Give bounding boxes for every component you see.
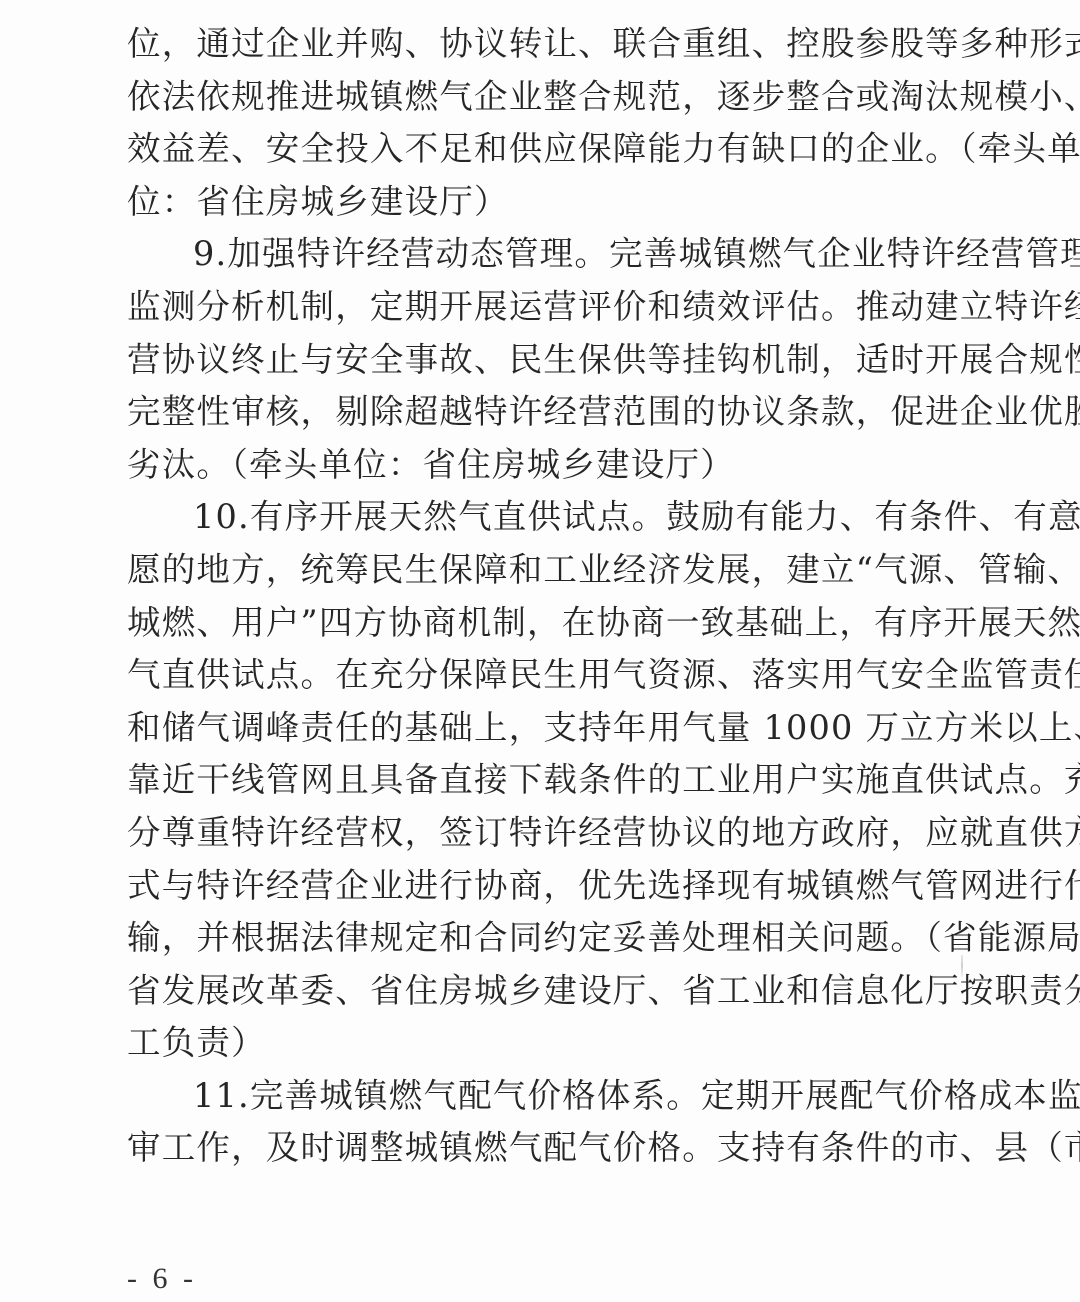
text-line: 愿的地方，统筹民生保障和工业经济发展，建立“气源、管输、 <box>127 544 963 597</box>
text-line: 式与特许经营企业进行协商，优先选择现有城镇燃气管网进行代 <box>127 860 963 913</box>
text-line: 城燃、用户”四方协商机制，在协商一致基础上，有序开展天然 <box>127 597 963 650</box>
document-body: 位，通过企业并购、协议转让、联合重组、控股参股等多种形式， 依法依规推进城镇燃气… <box>127 18 963 1175</box>
item-10-heading-line: 10.有序开展天然气直供试点。鼓励有能力、有条件、有意 <box>127 491 963 544</box>
item-9-heading-line: 9.加强特许经营动态管理。完善城镇燃气企业特许经营管理 <box>127 228 963 281</box>
item-11-heading-line: 11.完善城镇燃气配气价格体系。定期开展配气价格成本监 <box>127 1070 963 1123</box>
text-line: 效益差、安全投入不足和供应保障能力有缺口的企业。（牵头单 <box>127 123 963 176</box>
text-line: 营协议终止与安全事故、民生保供等挂钩机制，适时开展合规性、 <box>127 334 963 387</box>
text-line: 位：省住房城乡建设厅） <box>127 176 963 229</box>
text-line: 气直供试点。在充分保障民生用气资源、落实用气安全监管责任 <box>127 649 963 702</box>
page-number: - 6 - <box>127 1262 197 1296</box>
text-line: 靠近干线管网且具备直接下载条件的工业用户实施直供试点。充 <box>127 754 963 807</box>
text-line: 分尊重特许经营权，签订特许经营协议的地方政府，应就直供方 <box>127 807 963 860</box>
text-line: 工负责） <box>127 1017 963 1070</box>
document-page: 位，通过企业并购、协议转让、联合重组、控股参股等多种形式， 依法依规推进城镇燃气… <box>0 0 1080 1302</box>
text-line: 依法依规推进城镇燃气企业整合规范，逐步整合或淘汰规模小、 <box>127 71 963 124</box>
text-line: 输，并根据法律规定和合同约定妥善处理相关问题。（省能源局、 <box>127 912 963 965</box>
text-line: 劣汰。（牵头单位：省住房城乡建设厅） <box>127 439 963 492</box>
text-line: 监测分析机制，定期开展运营评价和绩效评估。推动建立特许经 <box>127 281 963 334</box>
text-line: 和储气调峰责任的基础上，支持年用气量 1000 万立方米以上、 <box>127 702 963 755</box>
text-line: 省发展改革委、省住房城乡建设厅、省工业和信息化厅按职责分 <box>127 965 963 1018</box>
scan-artifact <box>961 955 963 977</box>
text-line: 位，通过企业并购、协议转让、联合重组、控股参股等多种形式， <box>127 18 963 71</box>
text-line: 完整性审核，剔除超越特许经营范围的协议条款，促进企业优胜 <box>127 386 963 439</box>
text-line: 审工作，及时调整城镇燃气配气价格。支持有条件的市、县（市、 <box>127 1122 963 1175</box>
